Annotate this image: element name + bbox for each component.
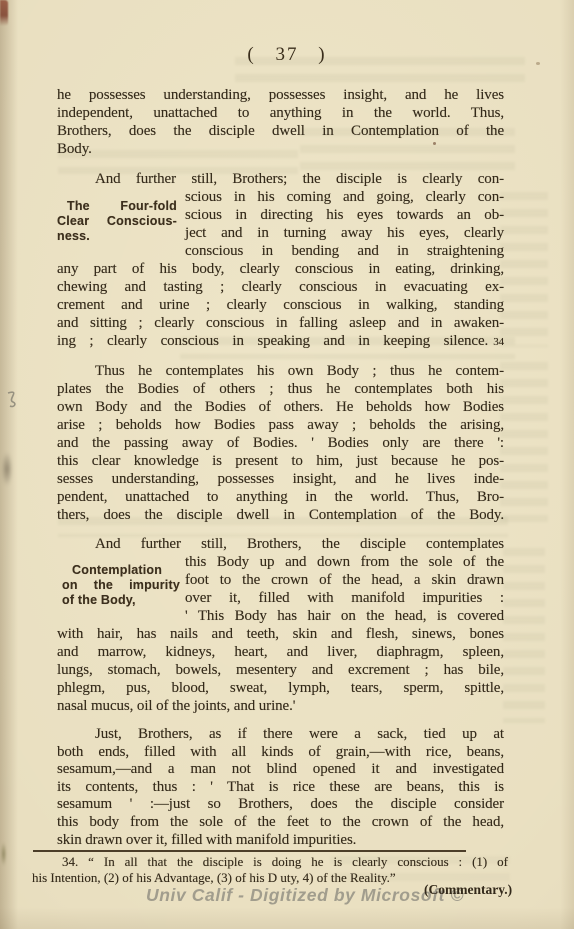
text-line: conscious in bending and in straightenin… — [185, 242, 504, 260]
text-line: this body from the sole of the feet to t… — [57, 814, 504, 832]
margin-note-line: of the Body, — [62, 593, 180, 608]
paragraph-1: he possesses understanding, possesses in… — [57, 86, 504, 158]
text-line: ject and in turning away his eyes, clear… — [185, 224, 504, 242]
text-line: sesses understanding, possesses insight,… — [57, 470, 504, 488]
text-line: thers, does the disciple dwell in Contem… — [57, 506, 504, 524]
paragraph-1-lines: he possesses understanding, possesses in… — [57, 86, 504, 158]
text-line: its contents, thus : ' That is rice thes… — [57, 779, 504, 797]
paragraph-4-wrapped-lines: this Body up and down from the sole of t… — [185, 553, 504, 625]
paragraph-3: Thus he contemplates his own Body ; thus… — [57, 362, 504, 524]
margin-note-line: on the impurity — [62, 578, 180, 593]
paragraph-5-lines: Just, Brothers, as if there were a sack,… — [57, 726, 504, 849]
paragraph-2-rest-lines: any part of his body, clearly conscious … — [57, 260, 504, 332]
paragraph-4-first-line: And further still, Brothers, the discipl… — [57, 535, 504, 553]
margin-note-fourfold-consciousness: The Four-fold Clear Conscious- ness. — [57, 199, 177, 244]
text-line: Brothers, does the disciple dwell in Con… — [57, 122, 504, 140]
last-line-text: ing ; clearly conscious in speaking and … — [57, 333, 488, 349]
text-line: scious in his coming and going, clearly … — [185, 188, 504, 206]
text-line: over it, filled with manifold impurities… — [185, 589, 504, 607]
text-line: skin drawn over it, filled with manifold… — [57, 832, 504, 850]
text-line: he possesses understanding, possesses in… — [57, 86, 504, 104]
footnote-line-1: 34. “ In all that the disciple is doing … — [32, 854, 508, 870]
paragraph-2-wrapped-lines: scious in his coming and going, clearly … — [185, 188, 504, 260]
commentary-attribution: (Commentary.) — [424, 882, 512, 898]
text-line: foot to the crown of the head, a skin dr… — [185, 571, 504, 589]
text-line: chewing and tasting ; clearly conscious … — [57, 278, 504, 296]
text-line: this Body up and down from the sole of t… — [185, 553, 504, 571]
bleedthrough-ghost — [500, 362, 548, 522]
text-line: lungs, stomach, bowels, mesentery and ex… — [57, 661, 504, 679]
page-number: ( 37 ) — [0, 44, 574, 66]
text-line: any part of his body, clearly conscious … — [57, 260, 504, 278]
bleedthrough-ghost — [503, 548, 545, 723]
text-line: nasal mucus, oil of the joints, and urin… — [57, 697, 504, 715]
red-edge-stain — [0, 0, 8, 26]
paragraph-5: Just, Brothers, as if there were a sack,… — [57, 726, 504, 849]
text-line: and the passing away of Bodies. ' Bodies… — [57, 434, 504, 452]
text-line: Body. — [57, 140, 504, 158]
paragraph-2-last-line: ing ; clearly conscious in speaking and … — [57, 332, 504, 351]
text-line: and marrow, kidneys, heart, and liver, d… — [57, 643, 504, 661]
text-line: this clear knowledge is present to him, … — [57, 452, 504, 470]
book-page: ( 37 ) he possesses understanding, posse… — [0, 0, 574, 929]
pen-mark — [5, 388, 27, 421]
paragraph-2-first-line: And further still, Brothers; the discipl… — [57, 170, 504, 188]
text-line: with hair, has nails and teeth, skin and… — [57, 625, 504, 643]
footnote-reference: 34 — [493, 336, 504, 348]
paragraph-4-rest-lines: with hair, has nails and teeth, skin and… — [57, 625, 504, 715]
text-line: plates the Bodies of others ; thus he co… — [57, 380, 504, 398]
text-line: scious in directing his eyes towards an … — [185, 206, 504, 224]
text-line: And further still, Brothers; the discipl… — [57, 170, 504, 188]
margin-note-line: Clear Conscious- — [57, 214, 177, 229]
digitization-watermark: Univ Calif - Digitized by Microsoft © — [146, 885, 464, 906]
text-line: Just, Brothers, as if there were a sack,… — [57, 726, 504, 744]
margin-note-line: The Four-fold — [57, 199, 177, 214]
text-line: independent, unattached to anything in t… — [57, 104, 504, 122]
text-line: crement and urine ; clearly conscious in… — [57, 296, 504, 314]
text-line: both ends, filled with all kinds of grai… — [57, 744, 504, 762]
paragraph-3-lines: Thus he contemplates his own Body ; thus… — [57, 362, 504, 524]
text-line: phlegm, pus, blood, sweat, lymph, tears,… — [57, 679, 504, 697]
paragraph-4: And further still, Brothers, the discipl… — [57, 535, 504, 715]
text-line: And further still, Brothers, the discipl… — [57, 535, 504, 553]
green-edge-stain — [0, 839, 12, 869]
text-line: and sitting ; clearly conscious in falli… — [57, 314, 504, 332]
text-line: ' This Body has hair on the head, is cov… — [185, 607, 504, 625]
paragraph-2: And further still, Brothers; the discipl… — [57, 170, 504, 351]
text-line: Thus he contemplates his own Body ; thus… — [57, 362, 504, 380]
text-line: arise ; beholds how Bodies pass away ; b… — [57, 416, 504, 434]
edge-smudge-stain — [0, 447, 14, 491]
text-line: own Body and the Bodies of others. He be… — [57, 398, 504, 416]
text-line: 34. “ In all that the disciple is doing … — [32, 854, 508, 870]
ink-speck — [433, 142, 436, 145]
footnote-divider-rule — [33, 850, 466, 852]
bleedthrough-ghost — [500, 192, 548, 347]
text-line: pendent, unattached to anything in the w… — [57, 488, 504, 506]
text-line: sesamum ' :—just so Brothers, does the d… — [57, 796, 504, 814]
ink-speck — [536, 62, 540, 65]
margin-note-line: Contemplation — [62, 563, 180, 578]
footnote: 34. “ In all that the disciple is doing … — [32, 854, 508, 885]
text-line: sesamum,—and a man not blind opened it a… — [57, 761, 504, 779]
margin-note-line: ness. — [57, 229, 177, 244]
margin-note-contemplation-impurity: Contemplation on the impurity of the Bod… — [62, 563, 180, 608]
